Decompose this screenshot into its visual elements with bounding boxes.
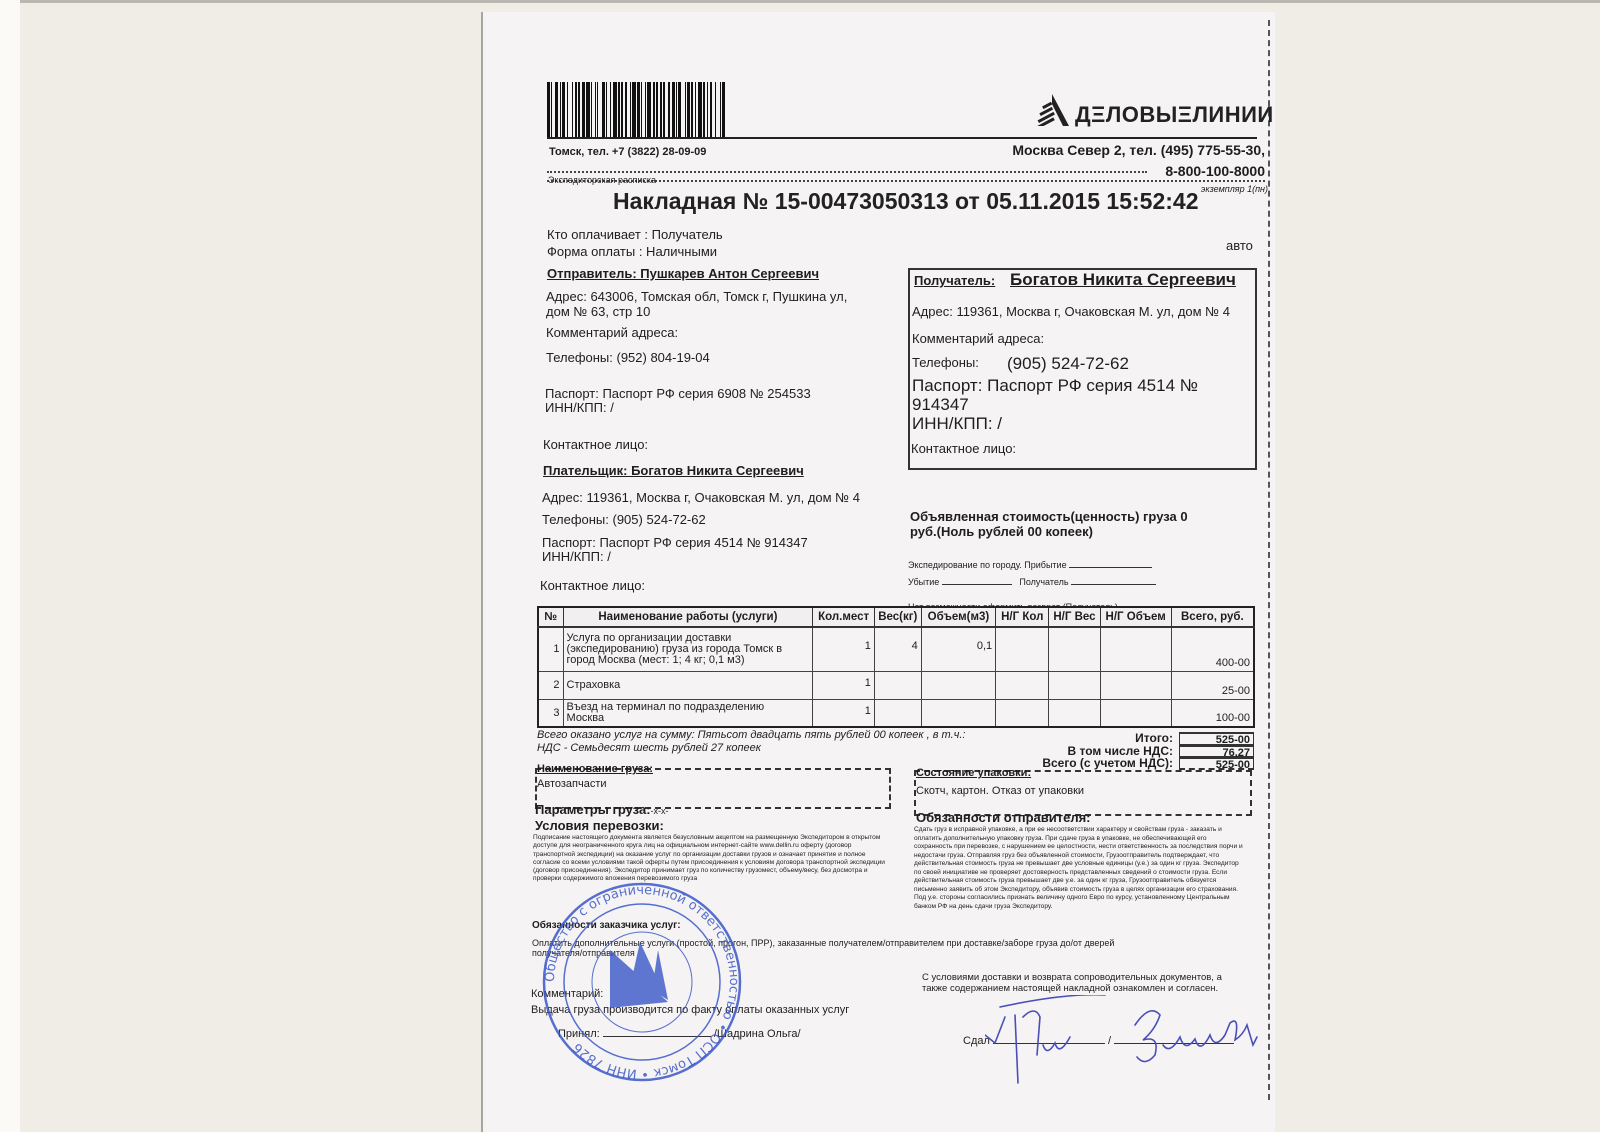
- cell-places: 1: [813, 671, 875, 699]
- cell-number: 2: [538, 671, 563, 699]
- receiver-office-line1: Москва Север 2, тел. (495) 775-55-30,: [1012, 142, 1265, 158]
- table-row: 1Услуга по организации доставки(экспедир…: [538, 627, 1254, 671]
- forwarding-recipient-label: Получатель: [1019, 577, 1068, 587]
- cell-ng-volume: [1100, 671, 1171, 699]
- receiver-label: Получатель:: [914, 273, 995, 288]
- total-row: Итого: 525-00: [1000, 732, 1254, 745]
- cell-service-name: Услуга по организации доставки(экспедиро…: [563, 627, 813, 671]
- cell-number: 1: [538, 627, 563, 671]
- transport-type: авто: [1226, 238, 1253, 253]
- receiver-address-comment: Комментарий адреса:: [912, 331, 1044, 346]
- total-label: Итого:: [1013, 732, 1179, 745]
- agreement-line2: также содержанием настоящей накладной оз…: [922, 983, 1218, 994]
- terms-text: Подписание настоящего документа является…: [533, 834, 889, 884]
- col-weight: Вес(кг): [874, 607, 921, 627]
- receiver-name: Богатов Никита Сергеевич: [1010, 270, 1236, 290]
- col-places: Кол.мест: [813, 607, 875, 627]
- cell-number: 3: [538, 699, 563, 727]
- col-ng-weight: Н/Г Вес: [1049, 607, 1100, 627]
- barcode: [547, 82, 884, 137]
- cargo-name-value: Автозапчасти: [537, 778, 607, 790]
- receiver-phones: (905) 524-72-62: [1007, 354, 1129, 374]
- sender-phones: Телефоны: (952) 804-19-04: [546, 350, 710, 365]
- receiver-address: Адрес: 119361, Москва г, Очаковская М. у…: [912, 304, 1230, 319]
- sender-contact: Контактное лицо:: [543, 437, 648, 452]
- payer-phones: Телефоны: (905) 524-72-62: [542, 512, 706, 527]
- sender-address-line1: Адрес: 643006, Томская обл, Томск г, Пуш…: [546, 289, 847, 304]
- header-rule: [547, 137, 1257, 139]
- document-type: Экспедиторская расписка: [548, 175, 656, 185]
- copy-label: экземпляр 1(пн): [1201, 184, 1268, 194]
- receiver-contact: Контактное лицо:: [911, 441, 1016, 456]
- payer-inn: ИНН/КПП: /: [542, 549, 611, 564]
- cell-ng-weight: [1049, 671, 1100, 699]
- cell-volume: [921, 671, 995, 699]
- forwarding-departure-label: Убытие: [908, 577, 939, 587]
- col-service-name: Наименование работы (услуги): [563, 607, 813, 627]
- cell-volume: [921, 699, 995, 727]
- forwarding-departure: Убытие Получатель: [908, 577, 1156, 587]
- sender-passport: Паспорт: Паспорт РФ серия 6908 № 254533: [545, 386, 811, 401]
- cargo-params-value: -x-x-: [651, 806, 669, 816]
- sender-address-comment: Комментарий адреса:: [546, 325, 678, 340]
- cell-ng-qty: [996, 671, 1049, 699]
- services-table: № Наименование работы (услуги) Кол.мест …: [537, 606, 1255, 728]
- sender-office: Томск, тел. +7 (3822) 28-09-09: [549, 146, 706, 158]
- cell-ng-volume: [1100, 699, 1171, 727]
- receiver-phones-label: Телефоны:: [912, 355, 979, 370]
- cell-weight: [874, 699, 921, 727]
- grand-total-label: Всего (с учетом НДС):: [1013, 757, 1179, 770]
- sender-duties-heading: Обязанности отправителя:: [916, 810, 1091, 825]
- col-ng-volume: Н/Г Объем: [1100, 607, 1171, 627]
- scan-left-margin: [0, 0, 20, 1132]
- agreement-line1: С условиями доставки и возврата сопровод…: [922, 972, 1222, 983]
- cell-volume: 0,1: [921, 627, 995, 671]
- col-total: Всего, руб.: [1171, 607, 1254, 627]
- terms-heading: Условия перевозки:: [535, 818, 664, 833]
- sender-duties-text: Сдать груз в исправной упаковке, а при е…: [914, 826, 1244, 911]
- table-row: 3Въезд на терминал по подразделениюМоскв…: [538, 699, 1254, 727]
- cargo-name-label: Наименование груза:: [537, 763, 653, 775]
- cell-weight: [874, 671, 921, 699]
- grand-total-row: Всего (с учетом НДС): 525-00: [1000, 757, 1254, 770]
- table-row: 2Страховка125-00: [538, 671, 1254, 699]
- cell-total: 25-00: [1171, 671, 1254, 699]
- cell-places: 1: [813, 627, 875, 671]
- cell-ng-volume: [1100, 627, 1171, 671]
- col-volume: Объем(м3): [921, 607, 995, 627]
- sum-in-words: Всего оказано услуг на сумму: Пятьсот дв…: [537, 729, 965, 741]
- cargo-params: Параметры груза:-x-x-: [535, 802, 669, 817]
- service-name-line: Москва: [567, 713, 810, 724]
- payment-form: Форма оплаты : Наличными: [547, 244, 717, 259]
- packing-label: Состояние упаковки:: [916, 767, 1031, 779]
- who-pays: Кто оплачивает : Получатель: [547, 227, 723, 242]
- payer-heading: Плательщик: Богатов Никита Сергеевич: [543, 463, 804, 478]
- receiver-office-line2: 8-800-100-8000: [1165, 163, 1265, 179]
- barcode-bar: [725, 82, 726, 137]
- col-number: №: [538, 607, 563, 627]
- receiver-inn: ИНН/КПП: /: [912, 414, 1002, 434]
- forwarding-arrival-label: Экспедирование по городу. Прибытие: [908, 560, 1067, 570]
- cargo-params-label: Параметры груза:: [535, 802, 651, 817]
- col-ng-qty: Н/Г Кол: [996, 607, 1049, 627]
- cell-ng-weight: [1049, 699, 1100, 727]
- packing-value: Скотч, картон. Отказ от упаковки: [916, 785, 1084, 797]
- sender-inn: ИНН/КПП: /: [545, 400, 614, 415]
- signature-icon: [985, 995, 1260, 1085]
- sender-address-line2: дом № 63, стр 10: [546, 304, 650, 319]
- cell-total: 100-00: [1171, 699, 1254, 727]
- cell-service-name: Страховка: [563, 671, 813, 699]
- forwarding-arrival: Экспедирование по городу. Прибытие: [908, 560, 1152, 570]
- receiver-passport-line2: 914347: [912, 395, 969, 415]
- cell-weight: 4: [874, 627, 921, 671]
- receiver-passport-line1: Паспорт: Паспорт РФ серия 4514 №: [912, 376, 1198, 396]
- service-name-line: город Москва (мест: 1; 4 кг; 0,1 м3): [567, 655, 810, 666]
- vat-value: 76,27: [1179, 745, 1254, 758]
- company-stamp-icon: Общество с ограниченной ответственностью…: [540, 880, 745, 1085]
- total-value: 525-00: [1179, 732, 1254, 745]
- logo-text: ДΞЛОВЫΞЛИНИИ: [1075, 104, 1274, 126]
- logo-triangle-icon: [1035, 94, 1069, 126]
- company-logo: ДΞЛОВЫΞЛИНИИ: [1035, 94, 1274, 126]
- totals-block: Итого: 525-00 В том числе НДС: 76,27 Все…: [1000, 732, 1254, 770]
- cell-places: 1: [813, 699, 875, 727]
- page-title: Накладная № 15-00473050313 от 05.11.2015…: [613, 188, 1199, 215]
- cell-service-name: Въезд на терминал по подразделениюМосква: [563, 699, 813, 727]
- cell-ng-weight: [1049, 627, 1100, 671]
- declared-value-line2: руб.(Ноль рублей 00 копеек): [910, 524, 1093, 539]
- payer-contact: Контактное лицо:: [540, 578, 645, 593]
- sender-heading: Отправитель: Пушкарев Антон Сергеевич: [547, 266, 819, 281]
- payer-passport: Паспорт: Паспорт РФ серия 4514 № 914347: [542, 535, 808, 550]
- dotted-rule: [547, 171, 1147, 173]
- page-cut-line: [1268, 20, 1270, 1100]
- grand-total-value: 525-00: [1179, 757, 1254, 770]
- table-header-row: № Наименование работы (услуги) Кол.мест …: [538, 607, 1254, 627]
- cell-ng-qty: [996, 627, 1049, 671]
- cell-total: 400-00: [1171, 627, 1254, 671]
- service-name-line: Страховка: [567, 680, 810, 691]
- scan-top-edge: [0, 0, 1600, 3]
- payer-address: Адрес: 119361, Москва г, Очаковская М. у…: [542, 490, 860, 505]
- vat-in-words: НДС - Семьдесят шесть рублей 27 копеек: [537, 742, 761, 754]
- cell-ng-qty: [996, 699, 1049, 727]
- declared-value-line1: Объявленная стоимость(ценность) груза 0: [910, 509, 1188, 524]
